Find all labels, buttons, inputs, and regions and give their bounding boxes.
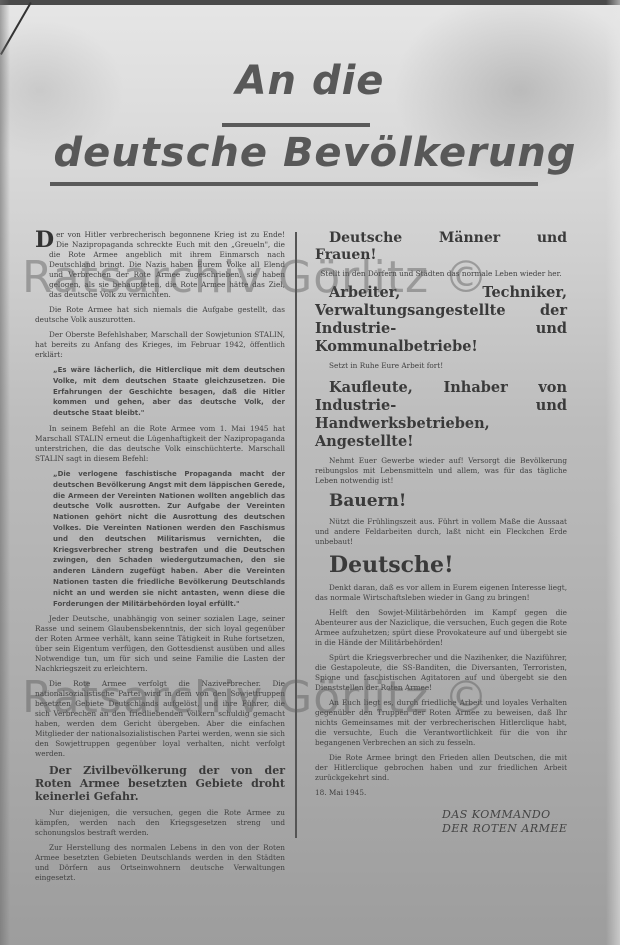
right-column: Deutsche Männer und Frauen! Stellt in de…	[315, 230, 567, 803]
heading-germans: Deutsche!	[315, 552, 567, 578]
heading-workers: Arbeiter, Techniker, Verwaltungsangestel…	[315, 284, 567, 356]
paragraph: Nur diejenigen, die versuchen, gegen die…	[35, 808, 285, 838]
paragraph: Der Oberste Befehlshaber, Marschall der …	[35, 330, 285, 360]
paragraph: Zur Herstellung des normalen Lebens in d…	[35, 843, 285, 883]
paragraph: Jeder Deutsche, unabhängig von seiner so…	[35, 614, 285, 674]
intro-text: er von Hitler verbrecherisch begonnene K…	[49, 230, 285, 299]
paragraph: In seinem Befehl an die Rote Armee vom 1…	[35, 424, 285, 464]
paragraph: Denkt daran, daß es vor allem in Eurem e…	[315, 583, 567, 603]
paragraph: Die Rote Armee verfolgt die Naziverbrech…	[35, 679, 285, 759]
paragraph: Setzt in Ruhe Eure Arbeit fort!	[315, 361, 567, 371]
stalin-quote-1942: „Es wäre lächerlich, die Hitlerclique mi…	[35, 365, 285, 419]
intro-paragraph: Der von Hitler verbrecherisch begonnene …	[35, 230, 285, 300]
paragraph: Die Rote Armee bringt den Frieden allen …	[315, 753, 567, 783]
title-underline-long	[50, 182, 538, 186]
paragraph: Nützt die Frühlingszeit aus. Führt in vo…	[315, 517, 567, 547]
title-underline-short	[222, 123, 370, 127]
paragraph: Helft den Sowjet-Militärbehörden im Kamp…	[315, 608, 567, 648]
drop-cap: D	[35, 230, 54, 250]
poster-title-line1: An die	[0, 58, 620, 104]
heading-farmers: Bauern!	[315, 491, 567, 512]
heading-men-women: Deutsche Männer und Frauen!	[315, 230, 567, 264]
poster-title-line2: deutsche Bevölkerung	[0, 130, 620, 176]
issue-date: 18. Mai 1945.	[315, 788, 567, 798]
civil-safety-heading: Der Zivilbevölkerung der von der Roten A…	[35, 764, 285, 803]
signature-block: DAS KOMMANDO DER ROTEN ARMEE	[442, 808, 582, 836]
column-divider	[295, 232, 297, 838]
signature-line1: DAS KOMMANDO	[442, 808, 582, 822]
paragraph: Stellt in den Dörfern und Städten das no…	[315, 269, 567, 279]
paragraph: Nehmt Euer Gewerbe wieder auf! Versorgt …	[315, 456, 567, 486]
paragraph: An Euch liegt es, durch friedliche Arbei…	[315, 698, 567, 748]
film-edge	[0, 0, 620, 5]
paragraph: Die Rote Armee hat sich niemals die Aufg…	[35, 305, 285, 325]
left-column: Der von Hitler verbrecherisch begonnene …	[35, 230, 285, 888]
heading-merchants: Kaufleute, Inhaber von Industrie- und Ha…	[315, 379, 567, 451]
stalin-quote-1945: „Die verlogene faschistische Propaganda …	[35, 469, 285, 609]
signature-line2: DER ROTEN ARMEE	[442, 822, 582, 836]
paragraph: Spürt die Kriegsverbrecher und die Nazih…	[315, 653, 567, 693]
